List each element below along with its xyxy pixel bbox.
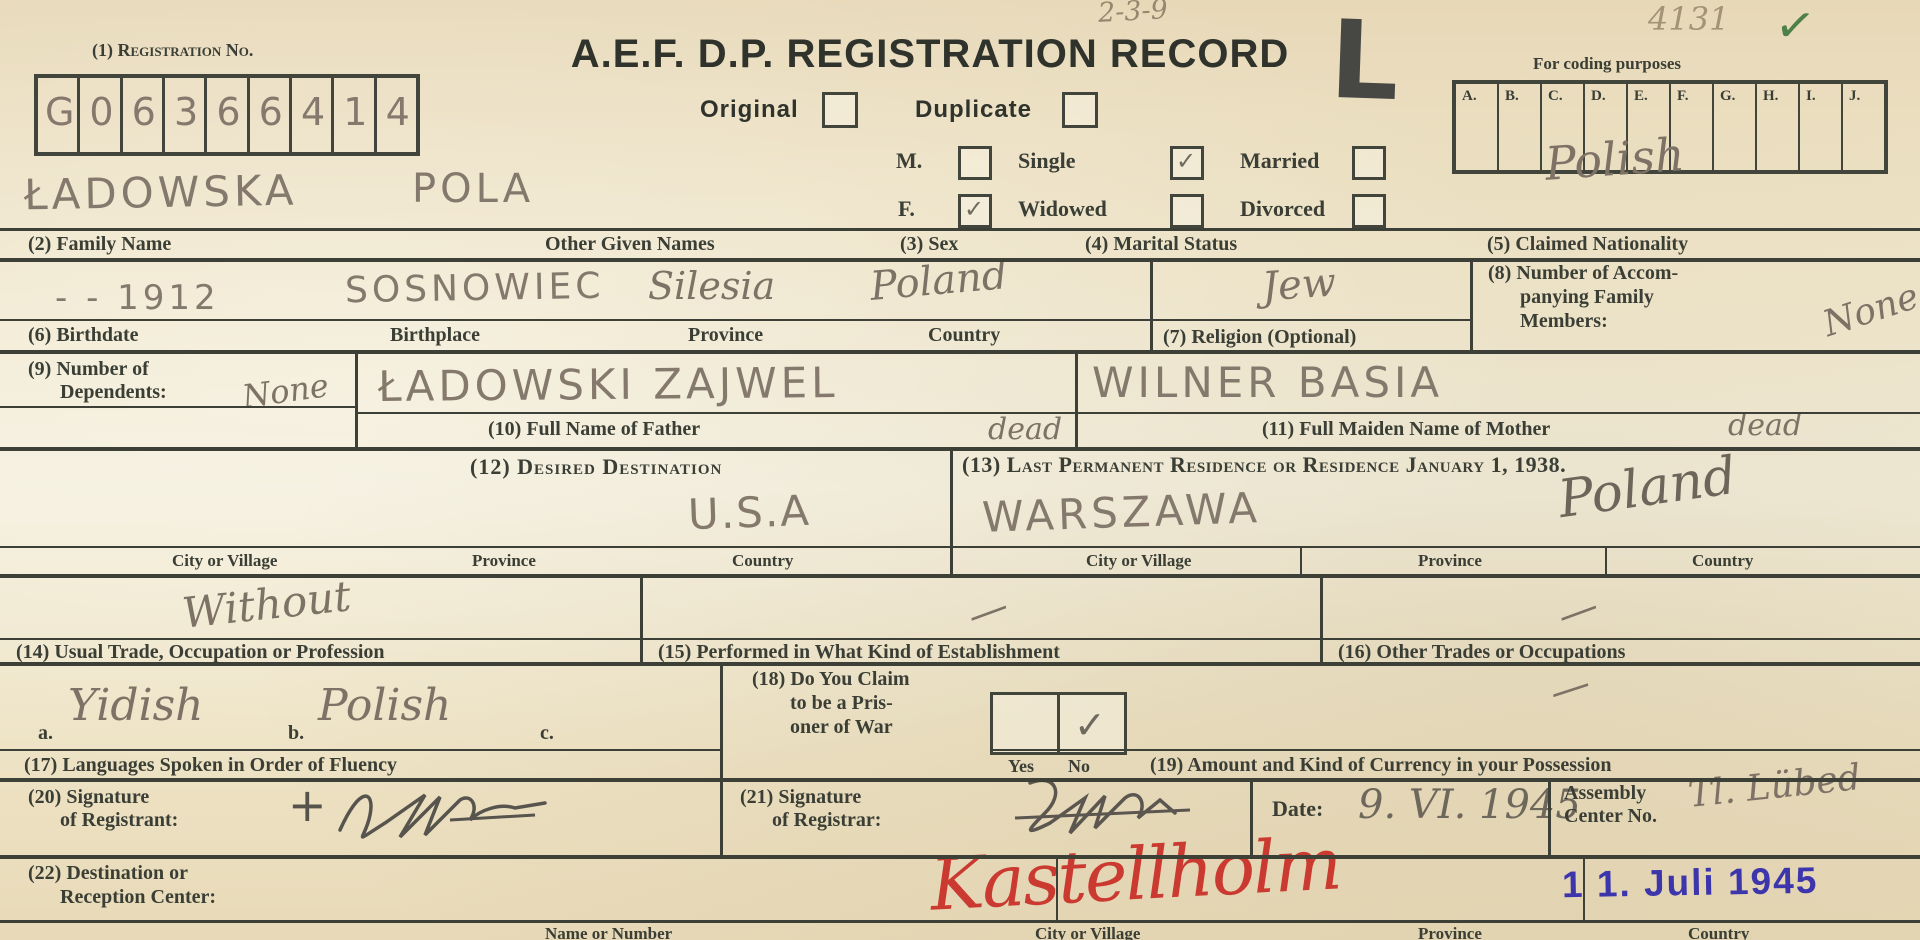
widowed-label: Widowed	[1018, 196, 1107, 222]
divider-line	[720, 666, 723, 778]
usual-trade-value: Without	[180, 571, 353, 637]
sex-label: (3) Sex	[900, 233, 958, 256]
rule-line	[0, 319, 1470, 321]
residence-city-value: WARSZAWA	[981, 483, 1262, 542]
divider-line	[1075, 354, 1078, 447]
mother-name-value: WILNER BASIA	[1092, 358, 1443, 407]
rule-line	[0, 855, 1920, 859]
rule-line	[0, 350, 1920, 354]
reception-label-2: Reception Center:	[60, 886, 216, 909]
registrant-signature	[330, 775, 580, 850]
divider-line	[1583, 859, 1585, 920]
registrant-label-1: (20) Signature	[28, 786, 149, 809]
reg-digit: 6	[259, 90, 283, 134]
rule-line	[0, 258, 1920, 262]
pow-yes-checkbox	[990, 692, 1060, 755]
religion-value: Jew	[1260, 259, 1337, 310]
birthplace-label: Birthplace	[390, 324, 480, 347]
sex-f-label: F.	[898, 196, 915, 222]
language-c-label: c.	[540, 722, 554, 745]
coding-cell: I.	[1806, 88, 1816, 105]
reg-digit: 6	[216, 90, 240, 134]
coding-cell: B.	[1505, 88, 1519, 105]
birth-country-label: Country	[928, 324, 1000, 347]
father-name-label: (10) Full Name of Father	[488, 418, 700, 441]
sex-f-checkmark: ✓	[964, 195, 984, 223]
rule-line	[0, 778, 1920, 782]
marital-status-label: (4) Marital Status	[1085, 233, 1237, 256]
father-dead-note: dead	[988, 412, 1062, 447]
pencil-letter-annotation: L	[1328, 7, 1401, 117]
registrar-label-2: of Registrar:	[772, 809, 881, 832]
divider-line	[950, 451, 953, 574]
residence-city-label: City or Village	[1086, 551, 1191, 571]
coding-cell: E.	[1634, 88, 1648, 105]
reg-digit: 4	[386, 90, 410, 134]
coding-cell: G.	[1720, 88, 1735, 105]
destination-country-value: U.S.A	[687, 486, 811, 539]
single-checkbox: ✓	[1170, 146, 1204, 180]
rule-line	[0, 228, 1920, 231]
registrant-label-2: of Registrant:	[60, 809, 178, 832]
rule-line	[0, 406, 355, 408]
assembly-center-label-2: Center No.	[1564, 805, 1657, 828]
coding-purposes-label: For coding purposes	[1533, 54, 1681, 74]
language-b-label: b.	[288, 722, 304, 745]
coding-cell: C.	[1548, 88, 1563, 105]
family-members-label-2: panying Family	[1520, 286, 1654, 309]
languages-label: (17) Languages Spoken in Order of Fluenc…	[24, 754, 397, 777]
rule-line	[355, 412, 1920, 414]
divider-line	[1150, 262, 1153, 350]
reception-city-label: City or Village	[1035, 924, 1140, 940]
reg-digit: G	[45, 90, 74, 134]
green-checkmark: ✓	[1771, 0, 1819, 57]
language-a-label: a.	[38, 722, 53, 745]
rule-line	[0, 447, 1920, 451]
family-name-label: (2) Family Name	[28, 233, 171, 256]
pow-no-checkbox: ✓	[1057, 692, 1127, 755]
reception-province-label: Province	[1418, 924, 1482, 940]
last-residence-label: (13) Last Permanent Residence or Residen…	[962, 452, 1566, 478]
registration-number-boxes: G 0 6 3 6 6 4 1 4	[34, 74, 420, 156]
reception-name-label: Name or Number	[545, 924, 672, 940]
pow-no-checkmark: ✓	[1074, 703, 1106, 747]
duplicate-checkbox	[1062, 92, 1098, 128]
coding-cell: F.	[1677, 88, 1689, 105]
family-members-value: None	[1818, 276, 1920, 345]
original-label: Original	[700, 96, 799, 124]
residence-country-value: Poland	[1555, 446, 1740, 530]
assembly-center-label-1: Assembly	[1564, 782, 1646, 805]
sex-m-label: M.	[896, 148, 922, 174]
married-checkbox	[1352, 146, 1386, 180]
claimed-nationality-value: Polish	[1543, 127, 1686, 191]
destination-province-label: Province	[472, 551, 536, 571]
rule-line	[0, 546, 1920, 548]
form-title: A.E.F. D.P. REGISTRATION RECORD	[560, 32, 1300, 77]
divider-line	[1548, 782, 1551, 855]
single-label: Single	[1018, 148, 1075, 174]
dependents-value: None	[240, 366, 331, 416]
reception-country-label: Country	[1688, 924, 1749, 940]
divider-line	[720, 782, 723, 855]
rule-line	[0, 574, 1920, 578]
dependents-label-1: (9) Number of	[28, 358, 149, 381]
divider-line	[1056, 859, 1058, 920]
establishment-label: (15) Performed in What Kind of Establish…	[658, 641, 1060, 664]
divorced-label: Divorced	[1240, 196, 1325, 222]
registrar-label-1: (21) Signature	[740, 786, 861, 809]
establishment-value: —	[961, 583, 1014, 640]
residence-province-label: Province	[1418, 551, 1482, 571]
rule-line	[990, 749, 1920, 751]
rule-line	[0, 920, 1920, 923]
divider-line	[640, 578, 643, 662]
claimed-nationality-label: (5) Claimed Nationality	[1487, 233, 1688, 256]
sex-f-checkbox: ✓	[958, 194, 992, 228]
assembly-center-value: Tl. Lübed	[1686, 757, 1862, 816]
divider-line	[1470, 262, 1473, 350]
pencil-number-annotation: 4131	[1648, 0, 1729, 38]
single-checkmark: ✓	[1176, 147, 1196, 175]
pow-label-3: oner of War	[790, 716, 893, 739]
destination-city-label: City or Village	[172, 551, 277, 571]
birthplace-value: SOSNOWIEC	[345, 266, 605, 312]
reg-digit: 3	[174, 90, 198, 134]
reg-digit: 1	[343, 90, 367, 134]
given-names-label: Other Given Names	[545, 233, 715, 256]
birthdate-value: - - 1912	[55, 278, 220, 318]
dp-registration-form: (1) Registration No. G 0 6 3 6 6 4 1 4 A…	[0, 0, 1920, 940]
usual-trade-label: (14) Usual Trade, Occupation or Professi…	[16, 641, 385, 664]
religion-label: (7) Religion (Optional)	[1163, 326, 1356, 349]
rule-line	[0, 638, 1920, 640]
reg-digit: 4	[301, 90, 325, 134]
coding-cell: J.	[1849, 88, 1860, 105]
family-members-label-3: Members:	[1520, 310, 1608, 333]
reception-date-stamp: 1 1. Juli 1945	[1562, 860, 1819, 906]
mother-name-label: (11) Full Maiden Name of Mother	[1262, 418, 1550, 441]
other-trades-value: —	[1551, 583, 1604, 640]
father-name-value: ŁADOWSKI ZAJWEL	[378, 358, 839, 411]
pow-label-2: to be a Pris-	[790, 692, 893, 715]
dependents-label-2: Dependents:	[60, 381, 167, 404]
given-names-value: POLA	[412, 166, 534, 212]
coding-cell: H.	[1763, 88, 1778, 105]
birthdate-label: (6) Birthdate	[28, 324, 139, 347]
date-label: Date:	[1272, 796, 1323, 822]
divider-line	[1300, 548, 1302, 574]
coding-cell: A.	[1462, 88, 1477, 105]
divider-line	[1250, 782, 1253, 855]
divider-line	[1320, 578, 1323, 662]
divorced-checkbox	[1352, 194, 1386, 228]
residence-country-label: Country	[1692, 551, 1753, 571]
registration-no-label: (1) Registration No.	[92, 40, 253, 61]
reg-digit: 6	[132, 90, 156, 134]
duplicate-label: Duplicate	[915, 96, 1032, 124]
coding-cell: D.	[1591, 88, 1606, 105]
sex-m-checkbox	[958, 146, 992, 180]
divider-line	[1605, 548, 1607, 574]
reception-center-red-value: Kastellholm	[928, 821, 1342, 926]
married-label: Married	[1240, 148, 1319, 174]
registrant-plus-mark: +	[288, 778, 327, 832]
language-a-value: Yidish	[68, 680, 204, 731]
family-members-label-1: (8) Number of Accom-	[1488, 262, 1678, 285]
reg-digit: 0	[89, 90, 113, 134]
widowed-checkbox	[1170, 194, 1204, 228]
desired-destination-label: (12) Desired Destination	[470, 454, 722, 480]
rule-line	[0, 662, 1920, 666]
divider-line	[355, 354, 358, 447]
currency-value: —	[1544, 660, 1596, 716]
birth-province-label: Province	[688, 324, 763, 347]
pow-label-1: (18) Do You Claim	[752, 668, 910, 691]
original-checkbox	[822, 92, 858, 128]
pencil-date-annotation: 2-3-9	[1097, 0, 1168, 29]
language-b-value: Polish	[318, 680, 451, 731]
birth-province-value: Silesia	[648, 264, 775, 308]
rule-line	[0, 749, 720, 751]
destination-country-label: Country	[732, 551, 793, 571]
reception-label-1: (22) Destination or	[28, 862, 188, 885]
family-name-value: ŁADOWSKA	[24, 166, 298, 220]
